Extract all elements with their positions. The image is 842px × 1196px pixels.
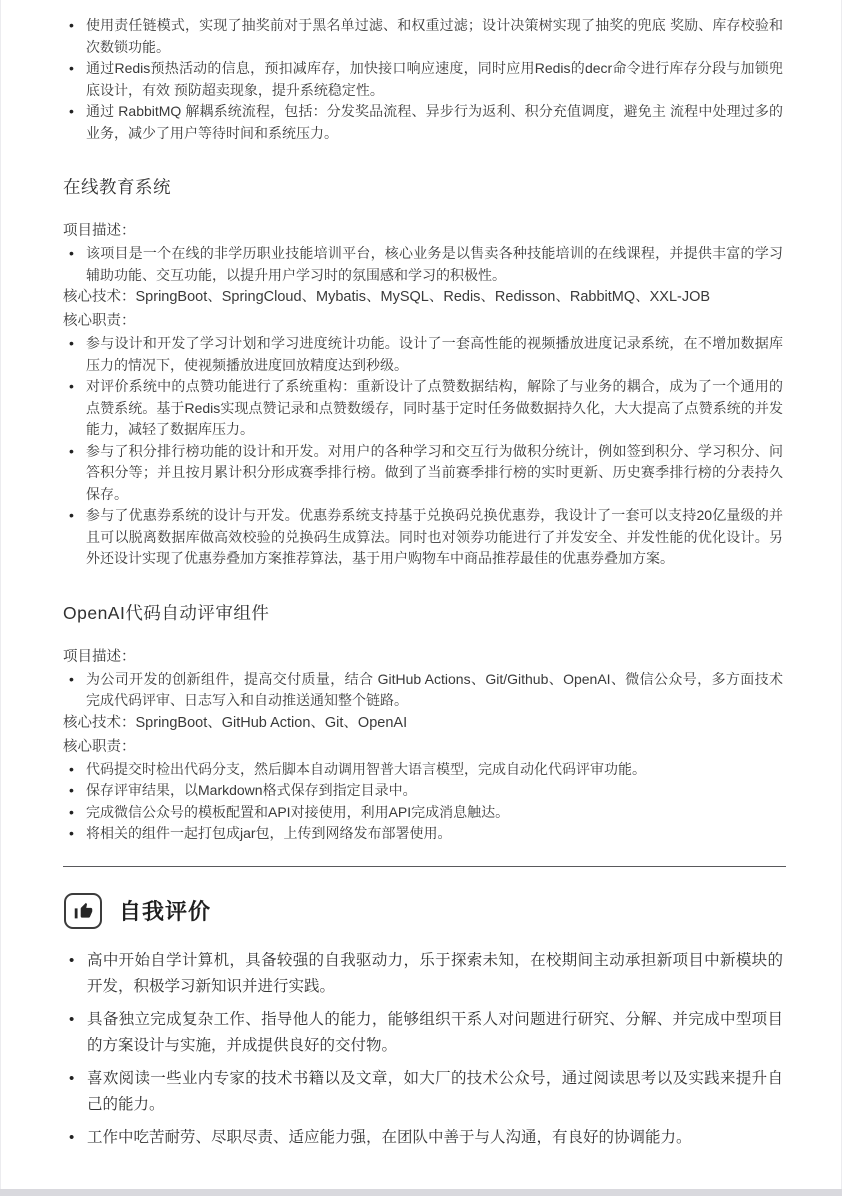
project-duty-label: 核心职责： bbox=[63, 736, 783, 759]
duty-item: 对评价系统中的点赞功能进行了系统重构：重新设计了点赞数据结构，解除了与业务的耦合… bbox=[63, 376, 783, 441]
project-tech-label: 核心技术： bbox=[63, 289, 136, 305]
project-tech-value: SpringBoot、SpringCloud、Mybatis、MySQL、Red… bbox=[136, 289, 711, 305]
duty-item: 将相关的组件一起打包成jar包，上传到网络发布部署使用。 bbox=[63, 823, 783, 845]
duty-item: 通过Redis预热活动的信息，预扣减库存，加快接口响应速度，同时应用Redis的… bbox=[63, 58, 783, 101]
project-duties-list: 代码提交时检出代码分支，然后脚本自动调用智普大语言模型，完成自动化代码评审功能。… bbox=[63, 759, 783, 845]
desc-item: 为公司开发的创新组件，提高交付质量，结合 GitHub Actions、Git/… bbox=[63, 669, 783, 712]
project-desc-label: 项目描述： bbox=[63, 220, 783, 243]
section-divider bbox=[63, 866, 786, 867]
project-desc-label: 项目描述： bbox=[63, 646, 783, 669]
duty-item: 通过 RabbitMQ 解耦系统流程，包括：分发奖品流程、异步行为返利、积分充值… bbox=[63, 101, 783, 144]
thumbs-up-icon bbox=[64, 893, 102, 929]
project-duties-list: 参与设计和开发了学习计划和学习进度统计功能。设计了一套高性能的视频播放进度记录系… bbox=[63, 333, 783, 570]
duty-item: 代码提交时检出代码分支，然后脚本自动调用智普大语言模型，完成自动化代码评审功能。 bbox=[63, 759, 783, 781]
project-title-education: 在线教育系统 bbox=[63, 174, 783, 199]
eval-item: 具备独立完成复杂工作、指导他人的能力，能够组织干系人对问题进行研究、分解、并完成… bbox=[63, 1007, 783, 1059]
duty-item: 参与了积分排行榜功能的设计和开发。对用户的各种学习和交互行为做积分统计，例如签到… bbox=[63, 441, 783, 506]
project-title-openai: OpenAI代码自动评审组件 bbox=[63, 600, 783, 625]
duty-item: 参与了优惠券系统的设计与开发。优惠券系统支持基于兑换码兑换优惠券，我设计了一套可… bbox=[63, 505, 783, 570]
duty-item: 参与设计和开发了学习计划和学习进度统计功能。设计了一套高性能的视频播放进度记录系… bbox=[63, 333, 783, 376]
resume-page: 使用责任链模式，实现了抽奖前对于黑名单过滤、和权重过滤；设计决策树实现了抽奖的兜… bbox=[0, 0, 842, 1196]
project-duty-label: 核心职责： bbox=[63, 310, 783, 333]
project-tech-line: 核心技术：SpringBoot、GitHub Action、Git、OpenAI bbox=[63, 712, 783, 735]
intro-duties-list: 使用责任链模式，实现了抽奖前对于黑名单过滤、和权重过滤；设计决策树实现了抽奖的兜… bbox=[63, 15, 783, 144]
duty-item: 保存评审结果，以Markdown格式保存到指定目录中。 bbox=[63, 780, 783, 802]
project-desc-list: 为公司开发的创新组件，提高交付质量，结合 GitHub Actions、Git/… bbox=[63, 669, 783, 712]
eval-item: 喜欢阅读一些业内专家的技术书籍以及文章，如大厂的技术公众号，通过阅读思考以及实践… bbox=[63, 1066, 783, 1118]
duty-item: 使用责任链模式，实现了抽奖前对于黑名单过滤、和权重过滤；设计决策树实现了抽奖的兜… bbox=[63, 15, 783, 58]
self-evaluation-title: 自我评价 bbox=[119, 895, 211, 926]
self-evaluation-header: 自我评价 bbox=[64, 893, 783, 929]
eval-item: 高中开始自学计算机，具备较强的自我驱动力，乐于探索未知，在校期间主动承担新项目中… bbox=[63, 948, 783, 1000]
desc-item: 该项目是一个在线的非学历职业技能培训平台，核心业务是以售卖各种技能培训的在线课程… bbox=[63, 243, 783, 286]
self-evaluation-list: 高中开始自学计算机，具备较强的自我驱动力，乐于探索未知，在校期间主动承担新项目中… bbox=[63, 948, 783, 1151]
project-tech-line: 核心技术：SpringBoot、SpringCloud、Mybatis、MySQ… bbox=[63, 286, 783, 309]
page-bottom-edge bbox=[0, 1189, 842, 1196]
project-tech-label: 核心技术： bbox=[63, 715, 136, 731]
eval-item: 工作中吃苦耐劳、尽职尽责、适应能力强，在团队中善于与人沟通，有良好的协调能力。 bbox=[63, 1125, 783, 1151]
duty-item: 完成微信公众号的模板配置和API对接使用，利用API完成消息触达。 bbox=[63, 802, 783, 824]
project-desc-list: 该项目是一个在线的非学历职业技能培训平台，核心业务是以售卖各种技能培训的在线课程… bbox=[63, 243, 783, 286]
project-tech-value: SpringBoot、GitHub Action、Git、OpenAI bbox=[136, 715, 408, 731]
